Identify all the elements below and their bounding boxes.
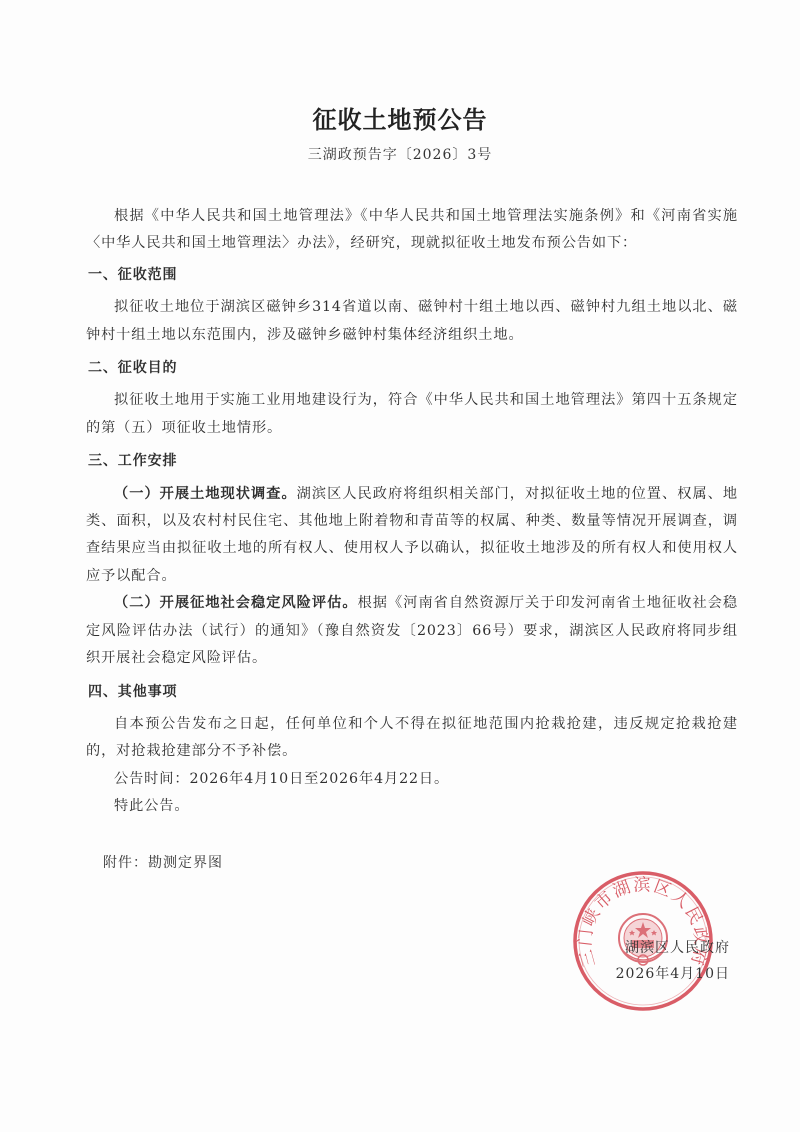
signature-block: 湖滨区人民政府 2026年4月10日 (580, 935, 730, 987)
section-paragraph-other: 自本预公告发布之日起，任何单位和个人不得在拟征地范围内抢栽抢建，违反规定抢栽抢建… (86, 711, 738, 766)
document-body: 根据《中华人民共和国土地管理法》《中华人民共和国土地管理法实施条例》和《河南省实… (86, 203, 738, 821)
section-paragraph-risk: （二）开展征地社会稳定风险评估。根据《河南省自然资源厅关于印发河南省土地征收社会… (86, 590, 738, 672)
signer-organization: 湖滨区人民政府 (580, 935, 730, 961)
section-heading-other: 四、其他事项 (86, 679, 738, 706)
section-heading-arrangement: 三、工作安排 (86, 448, 738, 475)
section-paragraph-purpose: 拟征收土地用于实施工业用地建设行为，符合《中华人民共和国土地管理法》第四十五条规… (86, 387, 738, 442)
intro-paragraph: 根据《中华人民共和国土地管理法》《中华人民共和国土地管理法实施条例》和《河南省实… (86, 203, 738, 258)
section-heading-scope: 一、征收范围 (86, 262, 738, 289)
survey-lead: （一）开展土地现状调查。 (114, 486, 297, 502)
closing-statement: 特此公告。 (86, 793, 738, 820)
document-page: 征收土地预公告 三湖政预告字〔2026〕3号 根据《中华人民共和国土地管理法》《… (0, 0, 800, 1132)
notice-period: 公告时间：2026年4月10日至2026年4月22日。 (86, 766, 738, 793)
risk-lead: （二）开展征地社会稳定风险评估。 (114, 595, 358, 611)
signer-date: 2026年4月10日 (580, 961, 730, 987)
section-paragraph-scope: 拟征收土地位于湖滨区磁钟乡314省道以南、磁钟村十组土地以西、磁钟村九组土地以北… (86, 294, 738, 349)
document-number: 三湖政预告字〔2026〕3号 (0, 144, 800, 164)
section-paragraph-survey: （一）开展土地现状调查。湖滨区人民政府将组织相关部门，对拟征收土地的位置、权属、… (86, 481, 738, 591)
document-title: 征收土地预公告 (0, 100, 800, 135)
attachment-label: 附件：勘测定界图 (103, 852, 223, 872)
section-heading-purpose: 二、征收目的 (86, 355, 738, 382)
